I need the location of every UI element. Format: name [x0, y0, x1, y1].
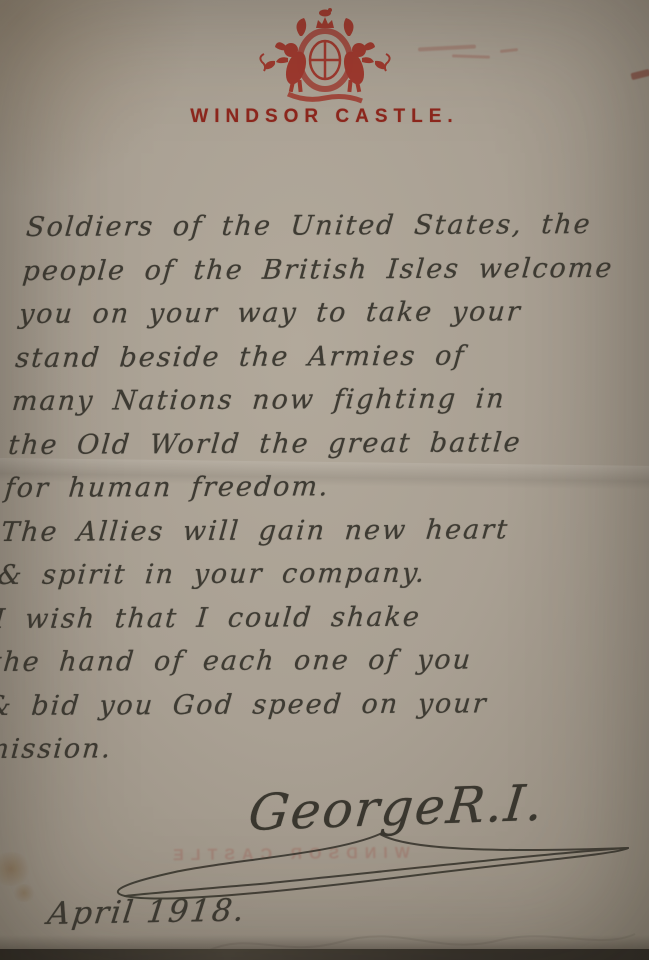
letter-line: The Allies will gain new heart	[0, 507, 611, 554]
letter-line: people of the British Isles welcome	[21, 246, 633, 293]
letter-photograph: WINDSOR CASTLE. Soldiers of the United S…	[0, 0, 649, 960]
ink-smudge	[500, 48, 518, 53]
letter-line: I wish that I could shake	[0, 594, 604, 641]
paper-stain	[12, 884, 36, 902]
letter-line: & spirit in your company.	[0, 551, 608, 598]
letter-body: Soldiers of the United States, the peopl…	[0, 203, 636, 772]
crest-right-supporter	[336, 42, 384, 92]
crest-shield	[310, 41, 340, 79]
letter-line: many Nations now fighting in	[10, 377, 622, 424]
crest-left-supporter	[264, 42, 312, 92]
letter-line: stand beside the Armies of	[14, 333, 626, 380]
paper-stain	[0, 852, 32, 886]
ink-smudge	[418, 44, 476, 51]
ink-smudge	[452, 54, 490, 58]
crest-crown	[316, 8, 334, 28]
photo-edge	[0, 949, 649, 960]
crest-motto-scroll	[288, 94, 362, 101]
letter-line: & bid you God speed on your	[0, 681, 597, 728]
letter-line: mission.	[0, 725, 593, 772]
letter-line: the hand of each one of you	[0, 638, 600, 685]
paper-stain	[0, 0, 200, 200]
letter-line: the Old World the great battle	[7, 420, 619, 467]
ink-smudge	[630, 69, 649, 80]
royal-coat-of-arms-icon	[250, 6, 400, 106]
letter-line: for human freedom.	[3, 464, 615, 511]
letter-line: Soldiers of the United States, the	[24, 203, 636, 250]
letter-line: you on your way to take your	[17, 290, 629, 337]
